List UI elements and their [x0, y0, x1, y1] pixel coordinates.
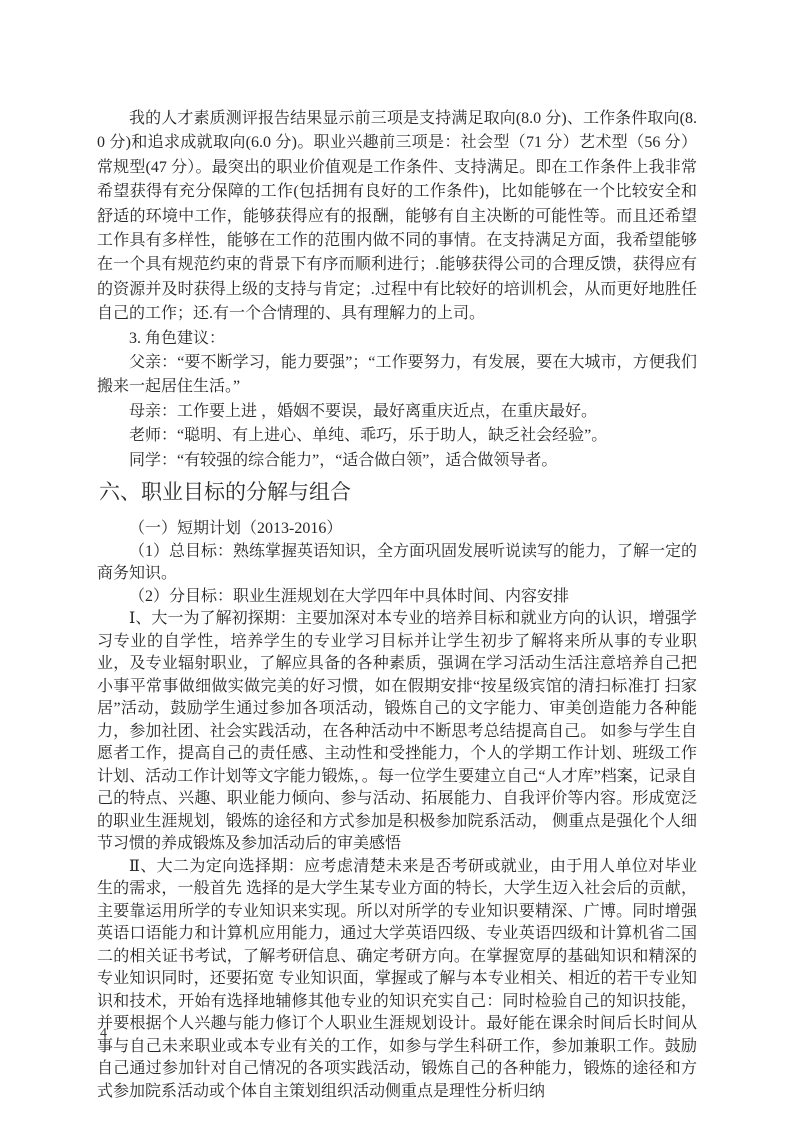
paragraph: 父亲：“要不断学习，能力要强”；“工作要努力，有发展，要在大城市，方便我们搬来一… [97, 351, 697, 400]
section-heading: 六、职业目标的分解与组合 [99, 477, 697, 507]
document-page: 我的人才素质测评报告结果显示前三项是支持满足取向(8.0 分)、工作条件取向(8… [0, 0, 793, 1122]
paragraph: Ⅱ、大二为定向选择期：应考虑清楚未来是否考研或就业，由于用人单位对毕业生的需求，… [97, 856, 697, 1104]
paragraph: 我的人才素质测评报告结果显示前三项是支持满足取向(8.0 分)、工作条件取向(8… [97, 107, 697, 327]
paragraph: 同学：“有较强的综合能力”，“适合做白领”，适合做领导者。 [97, 449, 697, 473]
paragraph: （1）总目标：熟练掌握英语知识，全方面巩固发展听说读写的能力，了解一定的商务知识… [97, 541, 697, 586]
paragraph: （一）短期计划（2013-2016） [97, 518, 697, 541]
paragraph: （2）分目标：职业生涯规划在大学四年中具体时间、内容安排 [97, 586, 697, 609]
paragraph: 母亲：工作要上进 ，婚姻不要误，最好离重庆近点，在重庆最好。 [97, 400, 697, 424]
paragraph: Ⅰ、大一为了解初探期：主要加深对本专业的培养目标和就业方向的认识，增强学习专业的… [97, 608, 697, 856]
paragraph: 老师：“聪明、有上进心、单纯、乖巧，乐于助人，缺乏社会经验”。 [97, 424, 697, 448]
page-number: 4 [100, 1026, 107, 1042]
paragraph: 3. 角色建议： [97, 327, 697, 351]
document-body: 我的人才素质测评报告结果显示前三项是支持满足取向(8.0 分)、工作条件取向(8… [97, 107, 697, 1103]
